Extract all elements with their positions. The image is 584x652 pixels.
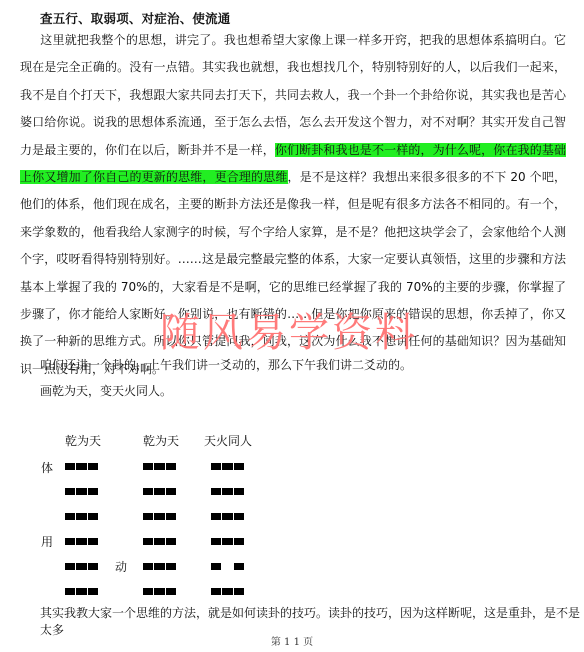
yang-line — [211, 513, 244, 520]
section-heading: 查五行、取弱项、对症治、使流通 — [40, 9, 231, 27]
yin-line — [211, 563, 244, 570]
hexagram-label: 乾为天 — [143, 432, 179, 449]
yang-line — [65, 488, 98, 495]
yang-line — [211, 488, 244, 495]
hexagram-label: 乾为天 — [65, 432, 101, 449]
yang-line — [143, 588, 176, 595]
yang-line — [143, 513, 176, 520]
yang-line — [65, 538, 98, 545]
dong-label: 动 — [115, 558, 127, 575]
yang-line — [143, 538, 176, 545]
yang-line — [65, 588, 98, 595]
yang-line — [143, 463, 176, 470]
ti-label: 体 — [41, 459, 53, 476]
yang-line — [65, 463, 98, 470]
page-number: 第 1 1 页 — [0, 633, 584, 648]
text-line: 咱们还讲一个卦的，上午我们讲一爻动的，那么下午我们讲二爻动的。 — [40, 356, 412, 373]
yong-label: 用 — [41, 533, 53, 550]
document-page: 查五行、取弱项、对症治、使流通 这里就把我整个的思想，讲完了。我也想希望大家像上… — [0, 0, 584, 652]
hexagram-label: 天火同人 — [204, 432, 252, 449]
yang-line — [65, 563, 98, 570]
yang-line — [143, 488, 176, 495]
yang-line — [143, 563, 176, 570]
watermark: 随风易学资料 — [160, 301, 418, 358]
yang-line — [211, 538, 244, 545]
text-line: 画乾为天，变天火同人。 — [40, 382, 172, 399]
yang-line — [211, 588, 244, 595]
yang-line — [211, 463, 244, 470]
paragraph-text: 这里就把我整个的思想，讲完了。我也想希望大家像上课一样多开窍，把我的思想体系搞明… — [20, 33, 566, 157]
yang-line — [65, 513, 98, 520]
